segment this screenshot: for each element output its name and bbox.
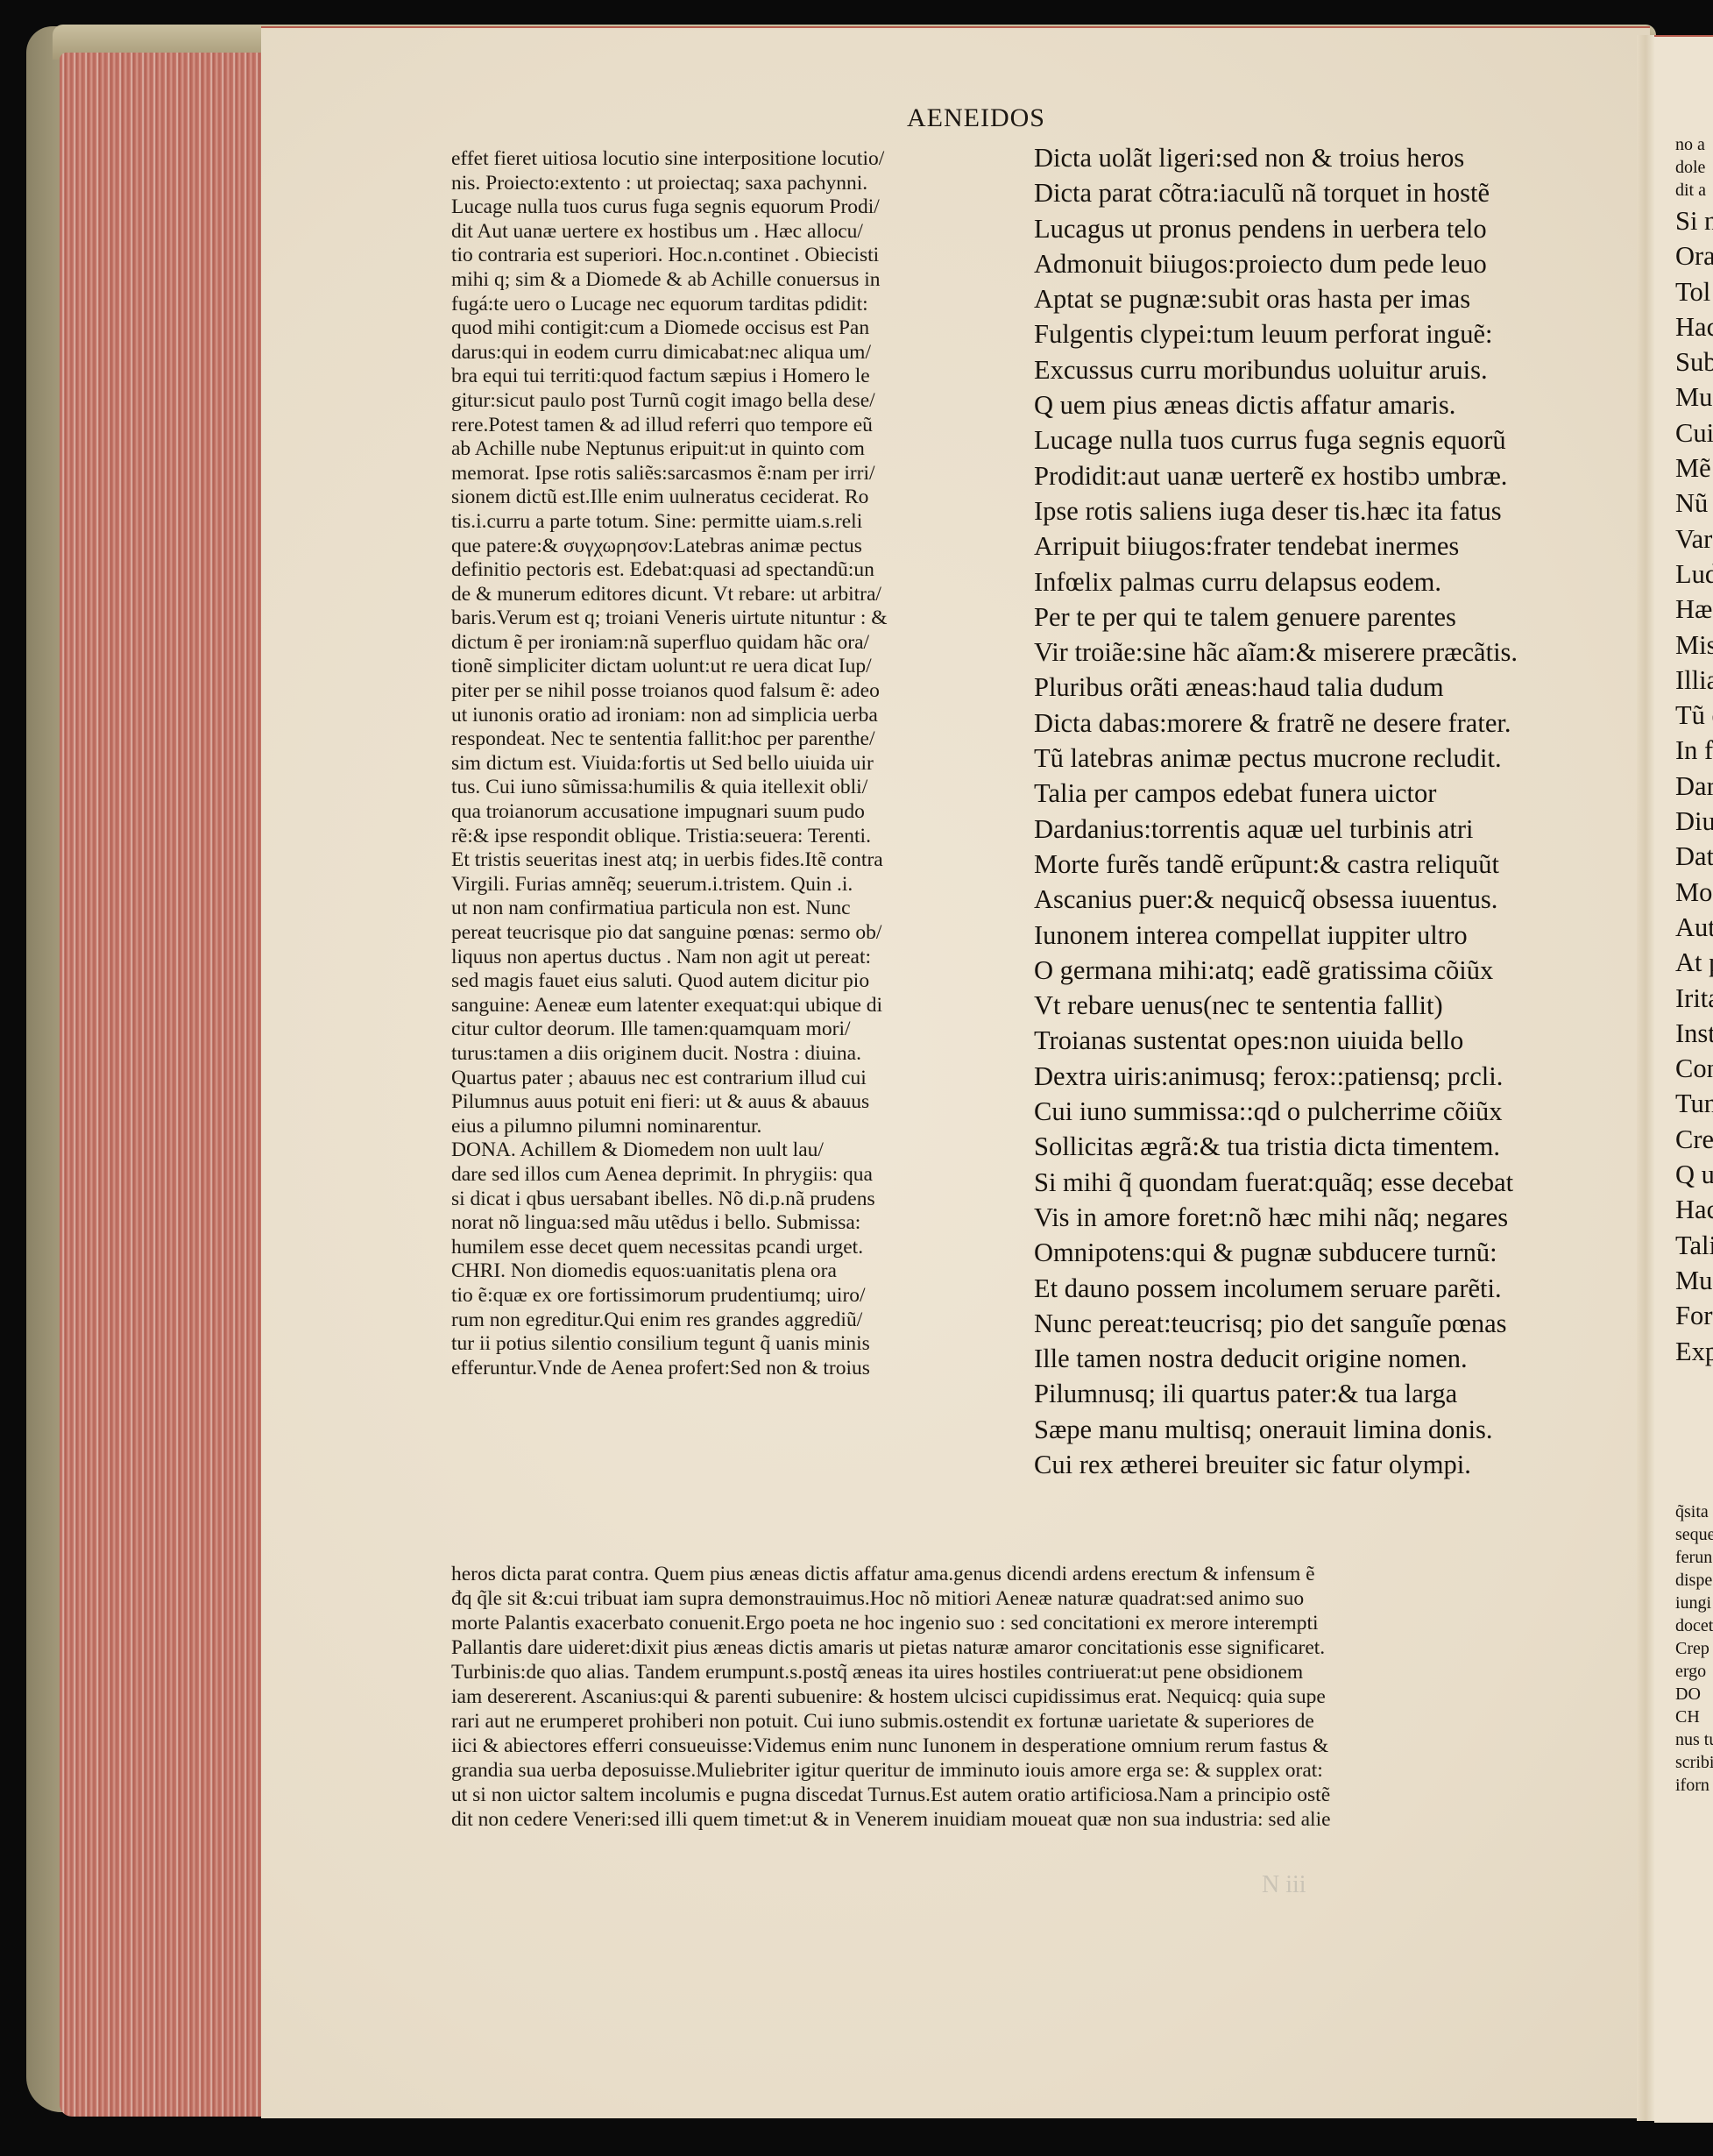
commentary-line: dare sed illos cum Aenea deprimit. In ph… [451,1163,1030,1188]
commentary-line: rẽ:& ipse respondit oblique. Tristia:seu… [451,825,1030,849]
fragment-line: Misi [1675,628,1713,663]
commentary-line: dictum ẽ per ironiam:nã superfluo quidam… [451,631,1030,656]
fragment-line: Con [1675,1051,1713,1086]
commentary-line: efferuntur.Vnde de Aenea profert:Sed non… [451,1357,1030,1381]
gutter-fold [1637,35,1654,2121]
verse-line: Infœlix palmas curru delapsus eodem. [1034,564,1595,599]
verse-line: Tũ latebras animæ pectus mucrone recludi… [1034,741,1595,776]
commentary-line: tis.i.curru a parte totum. Sine: permitt… [451,510,1030,535]
commentary-line: ut si non uictor saltem incolumis e pugn… [451,1783,1599,1807]
verse-line: O germana mihi:atq; eadẽ gratissima cõiũ… [1034,953,1595,988]
fragment-line: ferun [1675,1546,1713,1569]
fragment-line: Lud [1675,557,1713,592]
fragment-line: Nũ [1675,486,1713,521]
commentary-line: sed magis fauet eius saluti. Quod autem … [451,969,1030,994]
verse-line: Fulgentis clypei:tum leuum perforat ingu… [1034,316,1595,351]
verse-line: Lucagus ut pronus pendens in uerbera tel… [1034,211,1595,246]
verse-line: Lucage nulla tuos currus fuga segnis equ… [1034,422,1595,457]
fragment-line: iungi [1675,1592,1713,1614]
fragment-line: CH [1675,1706,1713,1728]
verse-line: Cui iuno summissa::qd o pulcherrime cõiũ… [1034,1094,1595,1129]
commentary-line: tio ẽ:quæ ex ore fortissimorum prudentiu… [451,1284,1030,1308]
commentary-line: dit non cedere Veneri:sed illi quem time… [451,1807,1599,1832]
fragment-line: Tũ d [1675,698,1713,733]
commentary-line: Virgili. Furias amnẽq; seuerum.i.tristem… [451,873,1030,897]
fragment-line: Ora [1675,238,1713,273]
verse-line: Vis in amore foret:nõ hæc mihi nãq; nega… [1034,1200,1595,1235]
commentary-line: quod mihi contigit:cum a Diomede occisus… [451,316,1030,341]
fragment-line: q̃sita [1675,1500,1713,1523]
signature-mark: N iii [1262,1871,1306,1899]
fragment-line: Hæ [1675,592,1713,627]
verse-line: Arripuit biiugos:frater tendebat inermes [1034,528,1595,564]
commentary-line: tio contraria est superiori. Hoc.n.conti… [451,244,1030,268]
fragment-line: Tun [1675,1086,1713,1121]
right-page-top-commentary: no adoledit a [1675,133,1706,202]
fragment-line: Muc [1675,1263,1713,1298]
commentary-line: citur cultor deorum. Ille tamen:quamquam… [451,1018,1030,1042]
fragment-line: Mẽ [1675,450,1713,486]
fragment-line: Aut [1675,910,1713,945]
verse-line: Admonuit biiugos:proiecto dum pede leuo [1034,246,1595,281]
commentary-line: gitur:sicut paulo post Turnũ cogit imago… [451,389,1030,414]
verse-line: Dicta parat cõtra:iaculũ nã torquet in h… [1034,175,1595,210]
commentary-column: effet fieret uitiosa locutio sine interp… [451,147,1030,1380]
verse-line: Cui rex ætherei breuiter sic fatur olymp… [1034,1447,1595,1482]
verse-line: Vt rebare uenus(nec te sententia fallit) [1034,988,1595,1023]
verse-line: Sæpe manu multisq; onerauit limina donis… [1034,1412,1595,1447]
fragment-line: Forte [1675,1298,1713,1333]
fragment-line: dispe [1675,1569,1713,1592]
fragment-line: docet [1675,1614,1713,1637]
commentary-line: humilem esse decet quem necessitas pcand… [451,1236,1030,1260]
fragment-line: Dat [1675,839,1713,874]
commentary-line: iam desererent. Ascanius:qui & parenti s… [451,1684,1599,1709]
commentary-line: rum non egreditur.Qui enim res grandes a… [451,1308,1030,1333]
running-head: AENEIDOS [907,103,1045,133]
verse-line: Ascanius puer:& nequicq̃ obsessa iuuentu… [1034,882,1595,917]
fragment-line: Talia [1675,1228,1713,1263]
commentary-line: rari aut ne erumperet prohiberi non potu… [451,1709,1599,1734]
commentary-line: Turbinis:de quo alias. Tandem erumpunt.s… [451,1660,1599,1684]
verse-line: Pilumnusq; ili quartus pater:& tua larga [1034,1376,1595,1411]
verse-line: Morte furẽs tandẽ erũpunt:& castra reliq… [1034,847,1595,882]
verse-line: Dicta uolãt ligeri:sed non & troius hero… [1034,140,1595,175]
commentary-line: dit Aut uanæ uertere ex hostibus um . Hæ… [451,220,1030,245]
commentary-line: grandia sua uerba deposuisse.Muliebriter… [451,1758,1599,1783]
fragment-line: In fa [1675,733,1713,768]
fragment-line: nus tu [1675,1728,1713,1751]
verse-line: Ipse rotis saliens iuga deser tis.hæc it… [1034,493,1595,528]
red-stained-fore-edge [60,53,263,2117]
fragment-line: Dar [1675,769,1713,804]
bottom-commentary: heros dicta parat contra. Quem pius ænea… [451,1562,1599,1832]
commentary-line: ab Achille nube Neptunus eripuit:ut in q… [451,437,1030,462]
commentary-line: fugá:te uero o Lucage nec equorum tardit… [451,293,1030,317]
fragment-line: no a [1675,133,1706,156]
fragment-line: At p [1675,945,1713,980]
commentary-line: DONA. Achillem & Diomedem non uult lau/ [451,1138,1030,1163]
commentary-line: nis. Proiecto:extento : ut proiectaq; sa… [451,172,1030,196]
commentary-line: sanguine: Aeneæ eum latenter exequat:qui… [451,994,1030,1018]
fragment-line: Sub [1675,344,1713,379]
fragment-line: Mo [1675,875,1713,910]
fragment-line: dit a [1675,179,1706,202]
verse-line: Per te per qui te talem genuere parentes [1034,599,1595,635]
verse-line: Si mihi q̃ quondam fuerat:quãq; esse dec… [1034,1165,1595,1200]
fragment-line: Hac [1675,1192,1713,1227]
fragment-line: Expo [1675,1334,1713,1369]
commentary-line: darus:qui in eodem curru dimicabat:nec a… [451,341,1030,365]
fragment-line: dole [1675,156,1706,179]
fragment-line: Insta [1675,1016,1713,1051]
fragment-line: Cui [1675,415,1713,450]
commentary-line: turus:tamen a diis originem ducit. Nostr… [451,1042,1030,1067]
verse-line: Ille tamen nostra deducit origine nomen. [1034,1341,1595,1376]
fragment-line: Irita [1675,981,1713,1016]
fragment-line: Crep [1675,1637,1713,1660]
verse-line: Talia per campos edebat funera uictor [1034,776,1595,811]
commentary-line: tus. Cui iuno sũmissa:humilis & quia ite… [451,776,1030,800]
commentary-line: mihi q; sim & a Diomede & ab Achille con… [451,268,1030,293]
verse-line: Pluribus orãti æneas:haud talia dudum [1034,670,1595,705]
verse-line: Q uem pius æneas dictis affatur amaris. [1034,387,1595,422]
fragment-line: iforn [1675,1774,1713,1797]
verse-line: Dextra uiris:animusq; ferox::patiensq; p… [1034,1059,1595,1094]
commentary-line: baris.Verum est q; troiani Veneris uirtu… [451,606,1030,631]
fragment-line: scribi [1675,1751,1713,1774]
commentary-line: ut iunonis oratio ad ironiam: non ad sim… [451,704,1030,728]
right-page-verse-fragment: Si nOraTolHacSubMuCuiMẽNũVarLudHæMisiIll… [1675,203,1713,1369]
fragment-line: DO [1675,1683,1713,1706]
verse-line: Dardanius:torrentis aquæ uel turbinis at… [1034,812,1595,847]
commentary-line: norat nõ lingua:sed mãu utẽdus i bello. … [451,1211,1030,1236]
fragment-line: Mu [1675,379,1713,415]
commentary-line: definitio pectoris est. Edebat:quasi ad … [451,558,1030,583]
commentary-line: eius a pilumno pilumni nominarentur. [451,1115,1030,1139]
verse-line: Excussus curru moribundus uoluitur aruis… [1034,352,1595,387]
fragment-line: ergo [1675,1660,1713,1683]
fragment-line: seque [1675,1523,1713,1546]
commentary-line: respondeat. Nec te sententia fallit:hoc … [451,727,1030,752]
fragment-line: Tol [1675,274,1713,309]
commentary-line: memorat. Ipse rotis saliẽs:sarcasmos ẽ:n… [451,462,1030,486]
fragment-line: Q u [1675,1157,1713,1192]
commentary-line: pereat teucrisque pio dat sanguine pœnas… [451,921,1030,946]
verse-line: Omnipotens:qui & pugnæ subducere turnũ: [1034,1235,1595,1270]
commentary-line: iici & abiectores efferri consueuisse:Vi… [451,1734,1599,1758]
commentary-line: Quartus pater ; abauus nec est contrariu… [451,1067,1030,1091]
verse-line: Dicta dabas:morere & fratrẽ ne desere fr… [1034,706,1595,741]
verse-column: Dicta uolãt ligeri:sed non & troius hero… [1034,140,1595,1482]
commentary-line: qua troianorum accusatione impugnari suu… [451,800,1030,825]
fragment-line: Hac [1675,309,1713,344]
verse-line: Prodidit:aut uanæ uerterẽ ex hostibɔ umb… [1034,458,1595,493]
fragment-line: Si n [1675,203,1713,238]
fragment-line: Crec [1675,1122,1713,1157]
commentary-line: tur ii potius silentio consilium tegunt … [451,1332,1030,1357]
fragment-line: Illia [1675,663,1713,698]
verse-line: Et dauno possem incolumem seruare parẽti… [1034,1271,1595,1306]
commentary-line: piter per se nihil posse troianos quod f… [451,679,1030,704]
commentary-line: sionem dictũ est.Ille enim uulneratus ce… [451,486,1030,510]
verse-line: Troianas sustentat opes:non uiuida bello [1034,1023,1595,1058]
commentary-line: Pilumnus auus potuit eni fieri: ut & auu… [451,1090,1030,1115]
commentary-line: liquus non apertus ductus . Nam non agit… [451,946,1030,970]
verse-line: Iunonem interea compellat iuppiter ultro [1034,918,1595,953]
commentary-line: Et tristis seueritas inest atq; in uerbi… [451,848,1030,873]
fragment-line: Var [1675,521,1713,557]
commentary-line: heros dicta parat contra. Quem pius ænea… [451,1562,1599,1586]
verse-line: Nunc pereat:teucrisq; pio det sanguĩe pœ… [1034,1306,1595,1341]
verse-line: Aptat se pugnæ:subit oras hasta per imas [1034,281,1595,316]
commentary-line: effet fieret uitiosa locutio sine interp… [451,147,1030,172]
commentary-line: Pallantis dare uideret:dixit pius æneas … [451,1635,1599,1660]
commentary-line: rere.Potest tamen & ad illud referri quo… [451,414,1030,438]
commentary-line: morte Palantis exacerbato conuenit.Ergo … [451,1611,1599,1635]
commentary-line: de & munerum editores dicunt. Vt rebare:… [451,583,1030,607]
commentary-line: bra equi tui territi:quod factum sæpius … [451,365,1030,389]
right-page-bottom-commentary: q̃sitasequeferundispeiungidocet Crepergo… [1675,1500,1713,1797]
commentary-line: si dicat i qbus uersabant ibelles. Nõ di… [451,1188,1030,1212]
commentary-line: tionẽ simpliciter dictam uolunt:ut re ue… [451,655,1030,679]
commentary-line: que patere:& συγχωρησον:Latebras animæ p… [451,535,1030,559]
commentary-line: sim dictum est. Viuida:fortis ut Sed bel… [451,752,1030,777]
fragment-line: Diu [1675,804,1713,839]
commentary-line: Lucage nulla tuos curus fuga segnis equo… [451,195,1030,220]
commentary-line: CHRI. Non diomedis equos:uanitatis plena… [451,1259,1030,1284]
verse-line: Vir troiãe:sine hãc aĩam:& miserere præc… [1034,635,1595,670]
verse-line: Sollicitas ægrã:& tua tristia dicta time… [1034,1129,1595,1164]
commentary-line: đq q̃le sit &:cui tribuat iam supra demo… [451,1586,1599,1611]
commentary-line: ut non nam confirmatiua particula non es… [451,897,1030,921]
